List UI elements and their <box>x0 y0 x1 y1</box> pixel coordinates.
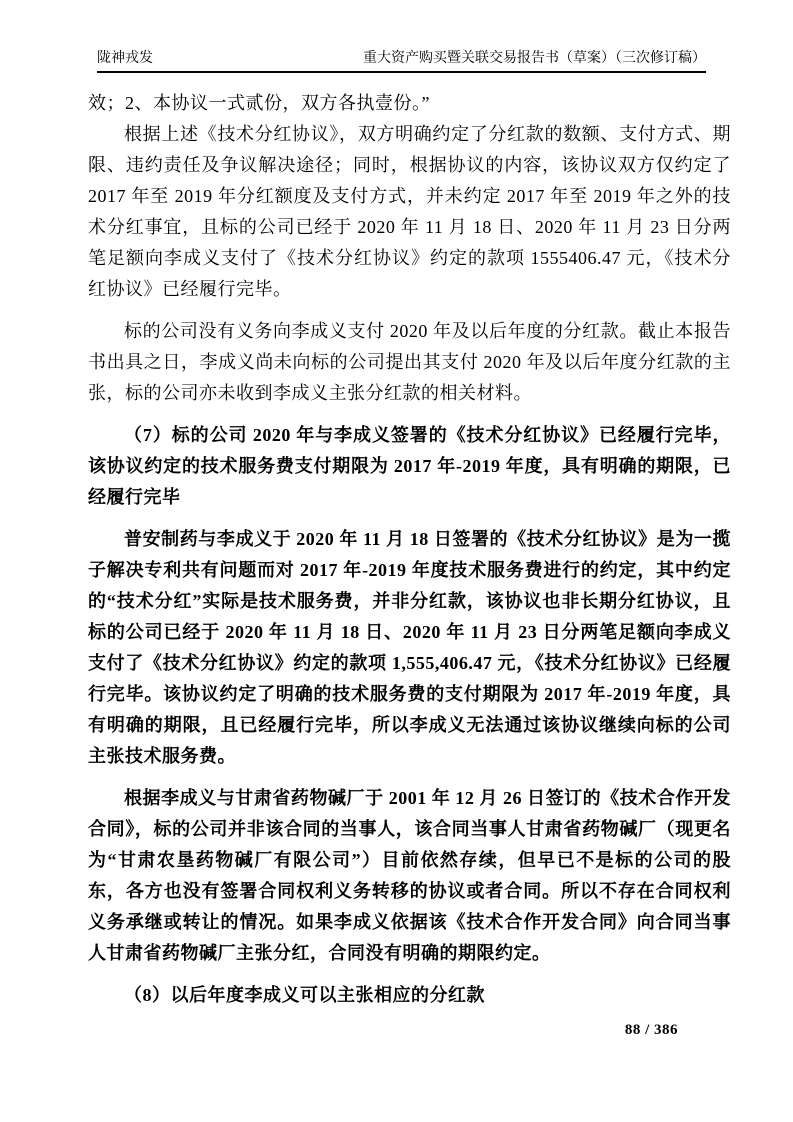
paragraph-no-obligation: 标的公司没有义务向李成义支付 2020 年及以后年度的分红款。截止本报告书出具之… <box>88 316 731 409</box>
header-left-title: 陇神戎发 <box>97 51 153 67</box>
page-number: 88 / 386 <box>625 1022 678 1039</box>
paragraph-puan-agreement: 普安制药与李成义于 2020 年 11 月 18 日签署的《技术分红协议》是为一… <box>88 524 731 772</box>
paragraph-dividend-agreement-terms: 根据上述《技术分红协议》，双方明确约定了分红款的数额、支付方式、期限、违约责任及… <box>88 119 731 305</box>
page-header: 陇神戎发 重大资产购买暨关联交易报告书（草案）（三次修订稿） <box>97 51 706 73</box>
document-page: 陇神戎发 重大资产购买暨关联交易报告书（草案）（三次修订稿） 效；2、本协议一式… <box>0 0 793 1122</box>
header-right-title: 重大资产购买暨关联交易报告书（草案）（三次修订稿） <box>363 51 706 67</box>
heading-item-8: （8）以后年度李成义可以主张相应的分红款 <box>88 980 731 1011</box>
heading-item-7: （7）标的公司 2020 年与李成义签署的《技术分红协议》已经履行完毕，该协议约… <box>88 420 731 513</box>
paragraph-contract-copies: 效；2、本协议一式贰份，双方各执壹份。” <box>88 88 731 119</box>
paragraph-tech-cooperation-contract: 根据李成义与甘肃省药物碱厂于 2001 年 12 月 26 日签订的《技术合作开… <box>88 783 731 969</box>
document-body: 效；2、本协议一式贰份，双方各执壹份。”根据上述《技术分红协议》，双方明确约定了… <box>88 88 731 1011</box>
